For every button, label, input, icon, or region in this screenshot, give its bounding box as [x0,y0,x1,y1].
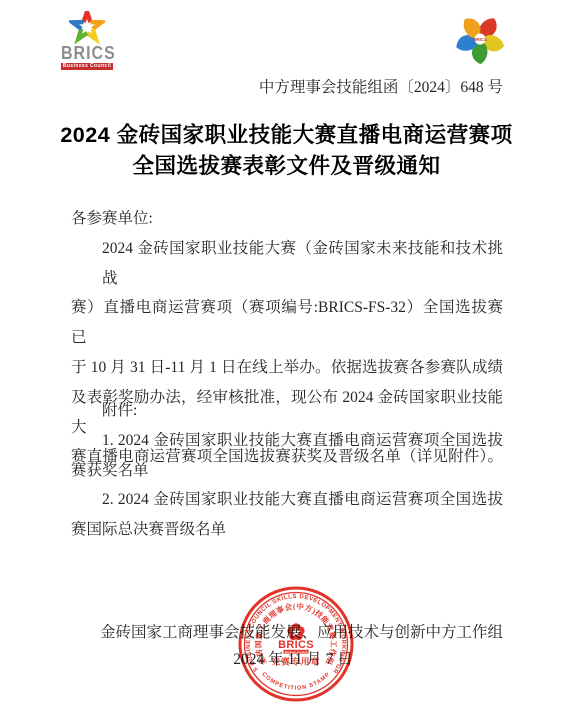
document-page: BRICS Business Council BRICS 中方理事会技能组函〔 [0,0,573,708]
attachment-item-1-cont: 赛获奖名单 [71,456,503,486]
brics-star-icon [69,11,105,45]
stamp-flower-icon [287,623,304,640]
official-red-stamp: BRICS BUSINESS COUNCIL SKILLS DEVELOPMEN… [236,583,356,707]
attachments-label: 附件: [71,396,503,426]
stamp-center-label: 竞赛专用章 [272,656,321,667]
paragraph-line: 赛）直播电商运营赛项（赛项编号:BRICS-FS-32）全国选拔赛已 [71,293,503,353]
doc-title-line2: 全国选拔赛表彰文件及晋级通知 [0,151,573,182]
doc-number: 中方理事会技能组函〔2024〕648 号 [71,78,503,98]
stamp-brics-subtitle: Business Council [285,650,308,654]
attachments-section: 附件: 1. 2024 金砖国家职业技能大赛直播电商运营赛项全国选拔 赛获奖名单… [71,396,503,545]
brics-subtitle: Business Council [61,63,113,70]
doc-title: 2024 金砖国家职业技能大赛直播电商运营赛项 全国选拔赛表彰文件及晋级通知 [0,120,573,181]
pinwheel-center-text: BRICS [473,37,487,42]
attachment-item-2: 2. 2024 金砖国家职业技能大赛直播电商运营赛项全国选拔 [71,485,503,515]
salutation: 各参赛单位: [71,204,503,234]
doc-title-line1: 2024 金砖国家职业技能大赛直播电商运营赛项 [0,120,573,151]
attachment-item-2-cont: 赛国际总决赛晋级名单 [71,515,503,545]
paragraph-line: 2024 金砖国家职业技能大赛（金砖国家未来技能和技术挑战 [71,234,503,294]
stamp-brics-wordmark: BRICS [278,639,314,651]
competition-pinwheel-icon: BRICS [451,9,509,69]
brics-wordmark: BRICS [61,45,113,62]
paragraph-line: 于 10 月 31 日-11 月 1 日在线上举办。依据选拔赛各参赛队成绩 [71,353,503,383]
attachment-item-1: 1. 2024 金砖国家职业技能大赛直播电商运营赛项全国选拔 [71,426,503,456]
brics-business-council-logo: BRICS Business Council [61,11,113,70]
